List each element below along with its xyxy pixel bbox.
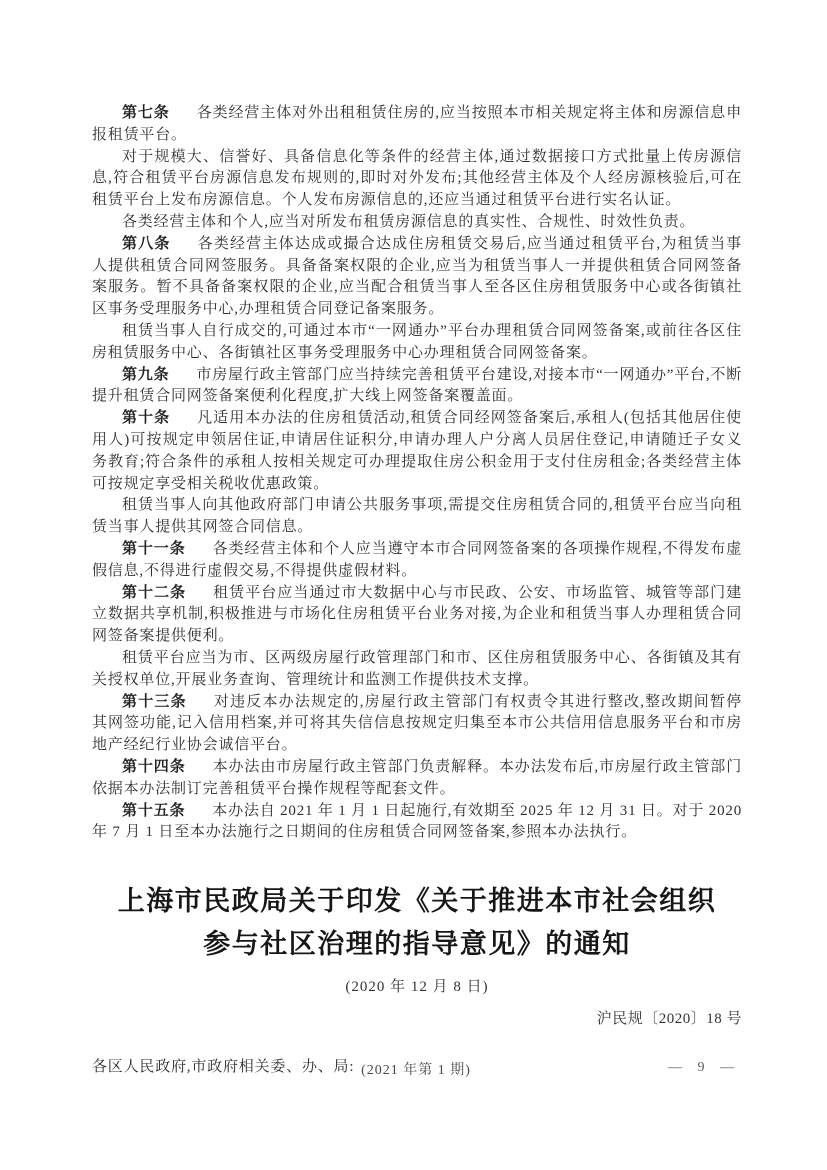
paragraph-text: 对于规模大、信誉好、具备信息化等条件的经营主体,通过数据接口方式批量上传房源信息… [92,149,742,209]
doc-number: 沪民规〔2020〕18 号 [92,1007,742,1028]
paragraph-text: 租赁当事人向其他政府部门申请公共服务事项,需提交住房租赁合同的,租赁平台应当向租… [92,497,742,535]
article-number: 第八条 [122,236,198,252]
paragraph: 第九条市房屋行政主管部门应当持续完善租赁平台建设,对接本市“一网通办”平台,不断… [92,365,742,409]
article-number: 第七条 [122,105,197,121]
page-footer: (2021 年第 1 期) — 9 — [92,1059,740,1079]
article-number: 第十条 [122,410,197,426]
paragraph: 第十四条本办法由市房屋行政主管部门负责解释。本办法发布后,市房屋行政主管部门依据… [92,757,742,801]
paragraph: 第十五条本办法自 2021 年 1 月 1 日起施行,有效期至 2025 年 1… [92,801,742,845]
article-number: 第九条 [122,367,196,383]
article-number: 第十三条 [122,694,214,710]
paragraph: 第七条各类经营主体对外出租租赁住房的,应当按照本市相关规定将主体和房源信息申报租… [92,103,742,147]
issue-label: (2021 年第 1 期) [361,1059,471,1079]
paragraph-text: 租赁平台应当为市、区两级房屋行政管理部门和市、区住房租赁服务中心、各街镇及其有关… [92,650,742,688]
paragraph: 租赁当事人向其他政府部门申请公共服务事项,需提交住房租赁合同的,租赁平台应当向租… [92,495,742,539]
paragraph: 第十三条对违反本办法规定的,房屋行政主管部门有权责令其进行整改,整改期间暂停其网… [92,692,742,757]
article-number: 第十二条 [122,585,213,601]
paragraph: 第十条凡适用本办法的住房租赁活动,租赁合同经网签备案后,承租人(包括其他居住使用… [92,408,742,495]
article-number: 第十四条 [122,759,213,775]
notice-title-line2: 参与社区治理的指导意见》的通知 [203,929,631,959]
notice-date: (2020 年 12 月 8 日) [92,975,742,996]
paragraph: 各类经营主体和个人,应当对所发布租赁房源信息的真实性、合规性、时效性负责。 [92,212,742,234]
notice-title: 上海市民政局关于印发《关于推进本市社会组织参与社区治理的指导意见》的通知 [92,880,742,966]
paragraph: 租赁当事人自行成交的,可通过本市“一网通办”平台办理租赁合同网签备案,或前往各区… [92,321,742,365]
article-number: 第十一条 [122,541,213,557]
document-page: 第七条各类经营主体对外出租租赁住房的,应当按照本市相关规定将主体和房源信息申报租… [0,0,827,1170]
notice-title-line1: 上海市民政局关于印发《关于推进本市社会组织 [118,886,717,916]
paragraph: 租赁平台应当为市、区两级房屋行政管理部门和市、区住房租赁服务中心、各街镇及其有关… [92,648,742,692]
paragraph: 第八条各类经营主体达成或撮合达成住房租赁交易后,应当通过租赁平台,为租赁当事人提… [92,234,742,321]
paragraph-text: 各类经营主体和个人,应当对所发布租赁房源信息的真实性、合规性、时效性负责。 [122,214,695,230]
paragraph: 第十二条租赁平台应当通过市大数据中心与市民政、公安、市场监管、城管等部门建立数据… [92,583,742,648]
document-content: 第七条各类经营主体对外出租租赁住房的,应当按照本市相关规定将主体和房源信息申报租… [92,103,742,1076]
paragraph: 第十一条各类经营主体和个人应当遵守本市合同网签备案的各项操作规程,不得发布虚假信… [92,539,742,583]
article-number: 第十五条 [122,803,212,819]
paragraph-text: 租赁当事人自行成交的,可通过本市“一网通办”平台办理租赁合同网签备案,或前往各区… [92,323,742,361]
paragraph: 对于规模大、信誉好、具备信息化等条件的经营主体,通过数据接口方式批量上传房源信息… [92,147,742,212]
page-number: — 9 — [668,1060,740,1076]
